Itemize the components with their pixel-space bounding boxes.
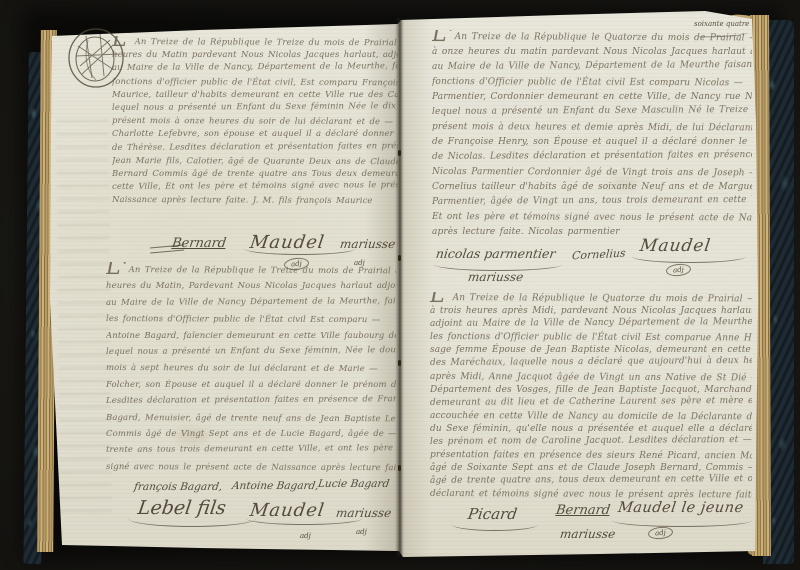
binding-stitch	[398, 150, 401, 156]
manuscript-line: lequel nous a présenté un Enfant du Sexe…	[112, 100, 398, 115]
manuscript-line: Lesdites déclaration et présentation fai…	[106, 391, 396, 409]
signature-flourish	[452, 518, 538, 531]
signature-flourish	[128, 510, 256, 527]
manuscript-line: cette Ville, Et ont les père et témoins …	[112, 179, 398, 194]
manuscript-line: des Maréchaux, laquelle nous a déclaré q…	[430, 356, 752, 371]
birth-record-entry-left-1: L'An Treize de la République le Treize d…	[112, 36, 398, 208]
manuscript-line: présent mois à deux heures et demie aprè…	[432, 120, 752, 136]
manuscript-line: L'An Treize de la République le Quatorze…	[432, 30, 752, 46]
manuscript-line: de Nicolas. Lesdites déclaration et prés…	[432, 148, 752, 165]
signature-flourish	[612, 514, 752, 527]
manuscript-line: les prénom et nom de Caroline Jacquot. L…	[430, 434, 752, 449]
binding-stitch	[398, 360, 401, 366]
ink-bleed-through	[56, 112, 111, 512]
manuscript-line: Nicolas Parmentier Cordonnier âgé de Vin…	[432, 165, 752, 181]
signature-witness-2: Bernard	[555, 503, 611, 518]
binding-stitch	[398, 465, 401, 471]
birth-record-entry-right-1: L'An Treize de la République le Quatorze…	[432, 30, 752, 240]
manuscript-line: Naissance après lecture faite. J. M. fil…	[112, 194, 398, 207]
signature-witness-1: françois Bagard,	[133, 481, 223, 493]
manuscript-line: âgé de trente quatre ans, tous deux deme…	[430, 473, 752, 488]
manuscript-line: trente ans tous trois demeurant en cette…	[106, 441, 396, 459]
archival-photo: soixante quatre L'An Treize de la Républ…	[0, 0, 800, 570]
signature-clerk: mariusse	[467, 270, 524, 284]
manuscript-line: demeurant au dit lieu et de Catherine La…	[430, 395, 752, 410]
binding-stitch	[398, 255, 401, 261]
signature-clerk: mariusse	[559, 527, 616, 541]
birth-record-entry-left-2: L'An Treize de la République le Treize d…	[106, 262, 396, 475]
birth-record-entry-right-2: L'An Treize de la République le Quatorze…	[430, 292, 752, 502]
signature-clerk: mariusse	[339, 237, 396, 251]
manuscript-line: adjoint au Maire de la Ville de Nancy Dé…	[430, 316, 752, 331]
manuscript-line: Parmentier, âgée de Vingt un ans, tous t…	[432, 193, 752, 210]
manuscript-line: les fonctions d'Officier public de l'Éta…	[106, 311, 396, 329]
manuscript-line: lequel nous a présenté un Enfant du Sexe…	[106, 342, 396, 360]
signature-clerk: mariusse	[335, 506, 392, 520]
signature-witness-3: Lucie Bagard	[317, 478, 390, 490]
signature-witness: Bernard	[171, 236, 227, 251]
signature-clerk-note: adj	[356, 528, 367, 536]
manuscript-line: au Maire de la Ville de Nancy, Départeme…	[432, 58, 752, 75]
signature-flourish	[632, 250, 746, 263]
manuscript-line: L'An Treize de la République le Treize d…	[106, 262, 396, 280]
manuscript-line: fonctions d'Officier public de l'État ci…	[432, 75, 752, 91]
signature-witness-2: Antoine Bagard,	[231, 480, 319, 492]
folio-annotation: soixante quatre	[694, 20, 758, 28]
manuscript-line: Bagard, Menuisier, âgé de trente neuf an…	[106, 410, 396, 428]
manuscript-line: au Maire de la Ville de Nancy, Départeme…	[112, 61, 398, 76]
manuscript-line: au Maire de la Ville de Nancy Départemen…	[106, 293, 396, 311]
signature-officer-note: adj	[300, 532, 311, 540]
manuscript-line: signé avec nous le présent acte de Naiss…	[106, 459, 396, 475]
manuscript-line: lequel nous a présenté un Enfant du Sexe…	[432, 103, 752, 120]
manuscript-line: mois à sept heures du soir de lui déclar…	[106, 360, 396, 378]
manuscript-line: de Thérèse. Lesdites déclaration et prés…	[112, 140, 398, 155]
manuscript-line: Et ont les père et témoins signé avec no…	[432, 210, 752, 226]
manuscript-line: heures du Matin, Pardevant Nous Nicolas …	[106, 278, 396, 294]
